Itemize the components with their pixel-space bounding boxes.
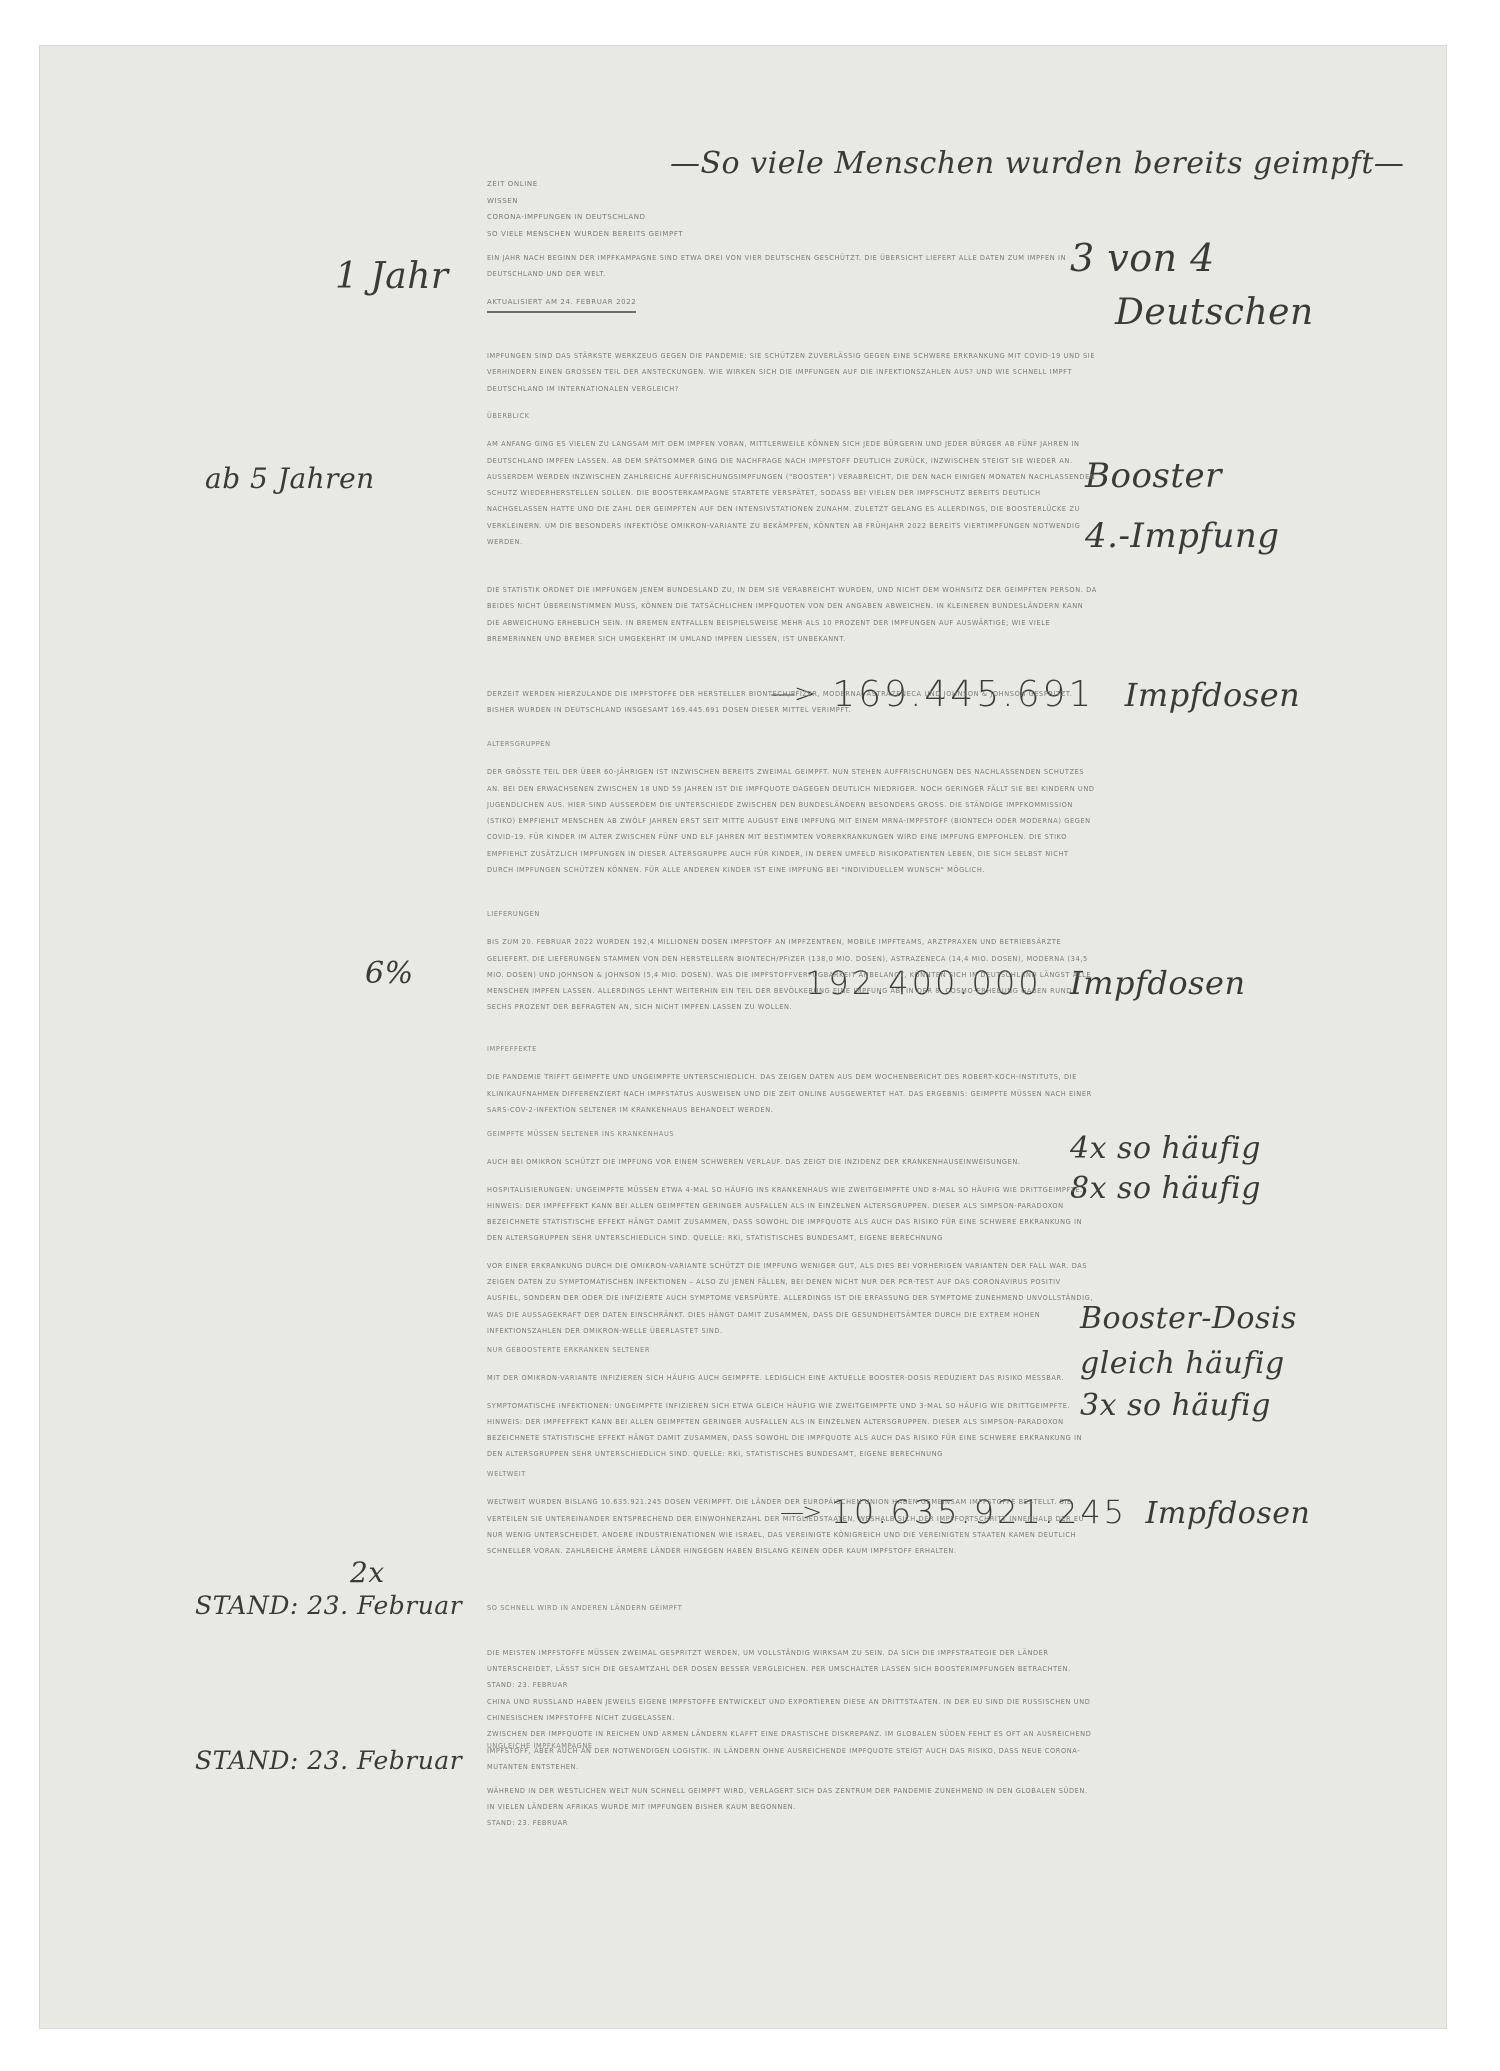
annotation-fourth-vaccination: 4.-Impfung [1085, 516, 1280, 556]
annotation-as-of-2: STAND: 23. Februar [195, 1746, 462, 1775]
section-paragraph: Der größte Teil der über 60-Jährigen ist… [487, 764, 1097, 878]
section-age-groups: Altersgruppen Der größte Teil der über 6… [487, 736, 1097, 889]
annotation-twice: 2x [350, 1556, 385, 1589]
section-paragraph: Mit der Omikron-Variante infizieren sich… [487, 1370, 1097, 1386]
section-heading: Nur Geboosterte erkranken seltener [487, 1342, 1097, 1358]
section-heading: Lieferungen [487, 906, 1097, 922]
section-deliveries: Lieferungen Bis zum 20. Februar 2022 wur… [487, 906, 1097, 1027]
section-heading: So schnell wird in anderen Ländern geimp… [487, 1600, 1097, 1616]
section-paragraph: Weltweit wurden bislang 10.635.921.245 D… [487, 1494, 1097, 1559]
annotation-booster-dose: Booster-Dosis [1080, 1301, 1297, 1336]
annotation-from-five-years: ab 5 Jahren [205, 462, 375, 495]
annotation-as-of-1: STAND: 23. Februar [195, 1591, 462, 1620]
article-intro-block: Impfungen sind das stärkste Werkzeug geg… [487, 348, 1097, 408]
article-source: Zeit Online [487, 176, 1097, 193]
annotation-equally-often: gleich häufig [1080, 1346, 1285, 1381]
section-paragraph: Symptomatische Infektionen: Ungeimpfte i… [487, 1398, 1097, 1463]
section-paragraph: Die Pandemie trifft Geimpfte und Ungeimp… [487, 1069, 1097, 1118]
article-title: So viele Menschen wurden bereits geimpft [487, 226, 1097, 243]
section-paragraph: Die Statistik ordnet die Impfungen jenem… [487, 582, 1097, 647]
article-text: Zeit Online Wissen Corona-Impfungen in D… [487, 176, 1097, 242]
section-vaccine-effects: Impfeffekte Die Pandemie trifft Geimpfte… [487, 1041, 1097, 1129]
section-overview-p3: Derzeit werden hierzulande die Impfstoff… [487, 686, 1097, 730]
section-hospital: Geimpfte müssen seltener ins Krankenhaus… [487, 1126, 1097, 1350]
annotation-eight-times: 8x so häufig [1070, 1171, 1261, 1206]
article-updated: Aktualisiert am 24. Februar 2022 [487, 294, 636, 313]
article-meta: Zeit Online Wissen Corona-Impfungen in D… [487, 176, 1097, 242]
section-heading: Altersgruppen [487, 736, 1097, 752]
section-paragraph: Am Anfang ging es vielen zu langsam mit … [487, 436, 1097, 550]
annotation-booster: Booster [1085, 456, 1222, 496]
section-overview: Überblick Am Anfang ging es vielen zu la… [487, 408, 1097, 561]
section-heading: Weltweit [487, 1466, 1097, 1482]
annotation-three-times: 3x so häufig [1080, 1388, 1271, 1423]
paper-sheet: —So viele Menschen wurden bereits geimpf… [40, 46, 1446, 2028]
section-paragraph: Derzeit werden hierzulande die Impfstoff… [487, 686, 1097, 719]
article-kicker: Corona-Impfungen in Deutschland [487, 209, 1097, 226]
section-heading: Impfeffekte [487, 1041, 1097, 1057]
section-heading: Überblick [487, 408, 1097, 424]
section-paragraph: Hospitalisierungen: Ungeimpfte müssen et… [487, 1182, 1097, 1247]
article-teaser-block: Ein Jahr nach Beginn der Impfkampagne si… [487, 250, 1097, 313]
doses-germany-unit: Impfdosen [1125, 676, 1301, 714]
annotation-four-times: 4x so häufig [1070, 1131, 1261, 1166]
annotation-six-percent: 6% [365, 956, 414, 991]
section-paragraph: Bis zum 20. Februar 2022 wurden 192,4 Mi… [487, 934, 1097, 1015]
article-section: Wissen [487, 193, 1097, 210]
section-worldwide: Weltweit Weltweit wurden bislang 10.635.… [487, 1466, 1097, 1570]
section-paragraph: Während in der westlichen Welt nun schne… [487, 1783, 1097, 1832]
section-overview-p2: Die Statistik ordnet die Impfungen jenem… [487, 582, 1097, 658]
article-intro: Impfungen sind das stärkste Werkzeug geg… [487, 348, 1097, 397]
section-heading: Geimpfte müssen seltener ins Krankenhaus [487, 1126, 1097, 1142]
section-boosted: Nur Geboosterte erkranken seltener Mit d… [487, 1342, 1097, 1474]
article-teaser: Ein Jahr nach Beginn der Impfkampagne si… [487, 250, 1097, 283]
section-paragraph: Auch bei Omikron schützt die Impfung vor… [487, 1154, 1097, 1170]
section-heading: Ungleiche Impfkampagne [487, 1738, 1097, 1754]
section-unequal: Ungleiche Impfkampagne Während in der we… [487, 1722, 1097, 1859]
annotation-one-year: 1 Jahr [335, 256, 449, 297]
annotation-germans: Deutschen [1115, 292, 1314, 333]
doses-world-unit: Impfdosen [1145, 1496, 1310, 1531]
section-paragraph: Vor einer Erkrankung durch die Omikron-V… [487, 1258, 1097, 1339]
